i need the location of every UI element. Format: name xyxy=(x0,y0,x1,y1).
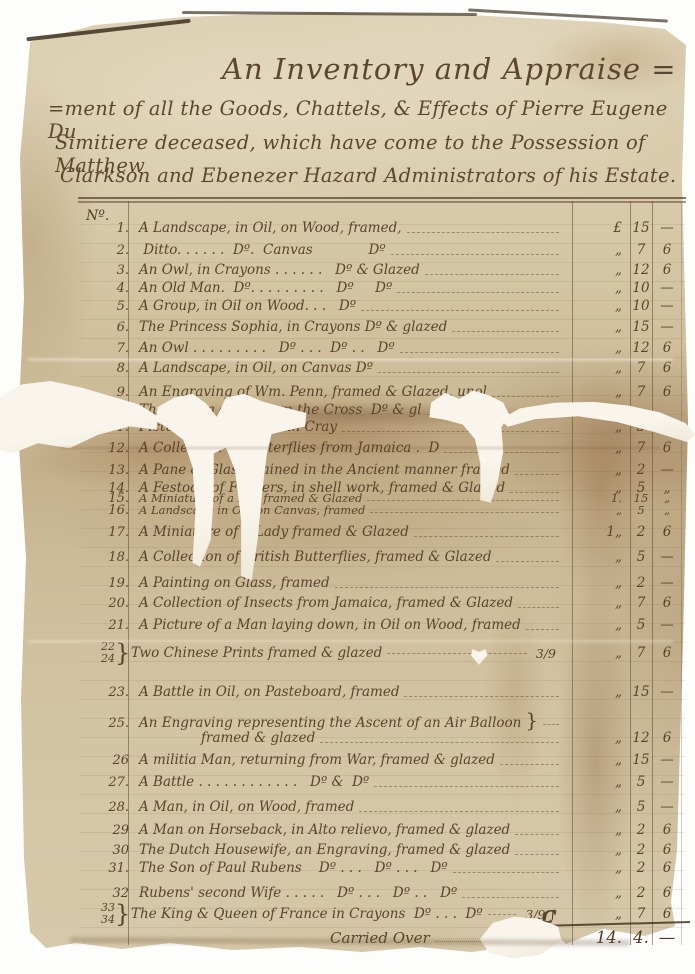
item-description: A Battle in Oil, on Pasteboard, framed xyxy=(139,684,399,701)
dotted-leader xyxy=(492,396,559,397)
item-number: 24 xyxy=(85,653,115,665)
table-row: 31.The Son of Paul Rubens Dº . . . Dº . … xyxy=(85,860,682,877)
pence-cell: — xyxy=(652,799,682,816)
shillings-cell: 7 xyxy=(630,595,652,612)
total-shillings: 4. xyxy=(630,929,652,946)
pounds-cell: „ xyxy=(564,462,630,479)
table-row: 27.A Battle . . . . . . . . . . . . Dº &… xyxy=(85,774,682,791)
item-description: The King & Queen of France in Crayons Dº… xyxy=(131,906,483,923)
item-description: An Old Man. Dº. . . . . . . . . Dº Dº xyxy=(139,280,392,297)
pence-cell: 6 xyxy=(652,842,682,859)
table-top-rule xyxy=(78,197,686,199)
shillings-cell: 2 xyxy=(630,860,652,877)
dotted-leader xyxy=(404,696,559,697)
pounds-cell: „ xyxy=(564,360,630,377)
pounds-cell: „ xyxy=(564,842,630,859)
table-row: 19.A Painting on Glass, framed„2— xyxy=(85,575,682,592)
dotted-leader xyxy=(361,310,559,311)
dotted-leader xyxy=(378,372,559,373)
item-description: framed & glazed xyxy=(201,730,315,747)
item-number: 18. xyxy=(85,549,139,566)
shillings-cell: 12 xyxy=(630,340,652,357)
item-number: 4. xyxy=(85,280,139,297)
item-number: 27. xyxy=(85,774,139,791)
table-row: 13.A Pane of Glass stained in the Ancien… xyxy=(85,462,682,479)
item-description: Ditto. . . . . . Dº. Canvas Dº xyxy=(139,242,386,259)
item-description: Two Chinese Prints framed & glazed xyxy=(131,645,382,662)
item-description: An Owl, in Crayons . . . . . . Dº & Glaz… xyxy=(139,262,420,279)
dotted-leader xyxy=(425,274,559,275)
pounds-cell: „ xyxy=(564,280,630,297)
pence-cell: 6 xyxy=(652,360,682,377)
pounds-cell: „ xyxy=(564,575,630,592)
table-row: 8.A Landscape, in Oil, on Canvas Dº„76 xyxy=(85,360,682,377)
item-description: A Miniature of a Lady framed & Glazed xyxy=(139,524,409,541)
table-row: 25.An Engraving representing the Ascent … xyxy=(85,712,682,729)
pence-cell: — xyxy=(652,684,682,701)
item-number: 28. xyxy=(85,799,139,816)
pence-cell: — xyxy=(652,298,682,315)
shillings-cell: 7 xyxy=(630,242,652,259)
pence-cell: 6 xyxy=(652,595,682,612)
shillings-cell: 12 xyxy=(630,730,652,747)
shillings-cell: 15 xyxy=(630,220,652,237)
pounds-cell: „ xyxy=(564,340,630,357)
pounds-cell: „ xyxy=(564,242,630,259)
item-number: 3. xyxy=(85,262,139,279)
item-number: 16. xyxy=(85,504,139,517)
dotted-leader xyxy=(526,629,559,630)
table-row: 18.A Collection of British Butterflies, … xyxy=(85,549,682,566)
item-description: A Group, in Oil on Wood. . . Dº xyxy=(139,298,356,315)
table-row: 5.A Group, in Oil on Wood. . . Dº„10— xyxy=(85,298,682,315)
shillings-cell: 7 xyxy=(630,384,652,401)
pounds-cell: „ xyxy=(564,617,630,634)
pounds-cell: 1„ xyxy=(564,524,630,541)
shillings-cell: 5 xyxy=(630,774,652,791)
item-description: A Man, in Oil, on Wood, framed xyxy=(139,799,354,816)
item-description: A Man on Horseback, in Alto relievo, fra… xyxy=(139,822,510,839)
pence-cell: 6 xyxy=(652,822,682,839)
wrap-brace: } xyxy=(525,712,538,729)
item-description: An Owl . . . . . . . . . Dº . . . Dº . .… xyxy=(139,340,395,357)
table-row-bracketed: 3334}The King & Queen of France in Crayo… xyxy=(85,899,682,929)
item-description: The Princess Sophia, in Crayons Dº & gla… xyxy=(139,319,447,336)
dotted-leader xyxy=(367,500,559,501)
pounds-cell: „ xyxy=(564,774,630,791)
table-row: 7.An Owl . . . . . . . . . Dº . . . Dº .… xyxy=(85,340,682,357)
dotted-leader xyxy=(397,292,559,293)
pounds-cell: £ xyxy=(564,220,630,237)
dotted-leader xyxy=(515,854,559,855)
total-dash: — xyxy=(652,929,682,946)
table-row: 3.An Owl, in Crayons . . . . . . Dº & Gl… xyxy=(85,262,682,279)
pounds-cell: „ xyxy=(564,684,630,701)
item-number: 30 xyxy=(85,842,139,859)
bracket-brace: } xyxy=(115,902,131,926)
item-number: 20. xyxy=(85,595,139,612)
pence-cell: 6 xyxy=(652,906,682,923)
dotted-leader xyxy=(518,607,559,608)
item-description: A Battle . . . . . . . . . . . . Dº & Dº xyxy=(139,774,369,791)
pounds-cell: „ xyxy=(564,298,630,315)
dotted-leader xyxy=(359,811,559,812)
pounds-cell: „ xyxy=(564,860,630,877)
pence-cell: „ xyxy=(652,504,682,517)
item-description: The Son of Paul Rubens Dº . . . Dº . . .… xyxy=(139,860,448,877)
dotted-leader xyxy=(452,331,559,332)
pounds-cell: „ xyxy=(564,595,630,612)
table-row: 1.A Landscape, in Oil, on Wood, framed,£… xyxy=(85,220,682,237)
item-number: 34 xyxy=(85,914,115,926)
shillings-cell: 12 xyxy=(630,262,652,279)
dotted-leader xyxy=(496,561,559,562)
pence-cell: 6 xyxy=(652,730,682,747)
pounds-cell: „ xyxy=(564,319,630,336)
dotted-leader xyxy=(462,897,559,898)
shillings-cell: 15 xyxy=(630,319,652,336)
dotted-leader xyxy=(342,431,559,432)
table-row: 20.A Collection of Insects from Jamaica,… xyxy=(85,595,682,612)
pounds-cell: „ xyxy=(564,262,630,279)
item-number: 26 xyxy=(85,752,139,769)
table-row: 17.A Miniature of a Lady framed & Glazed… xyxy=(85,524,682,541)
item-number: 6. xyxy=(85,319,139,336)
shillings-cell: 15 xyxy=(630,684,652,701)
dotted-leader xyxy=(387,653,527,654)
item-number: 1. xyxy=(85,220,139,237)
table-top-rule-2 xyxy=(78,201,686,203)
pence-cell: — xyxy=(652,617,682,634)
table-row: 23.A Battle in Oil, on Pasteboard, frame… xyxy=(85,684,682,701)
pounds-cell: „ xyxy=(564,906,630,923)
item-description: A Landscape, in Oil, on Canvas Dº xyxy=(139,360,373,377)
shillings-cell: 2 xyxy=(630,462,652,479)
item-number: 23. xyxy=(85,684,139,701)
shillings-cell: 5 xyxy=(630,504,652,517)
table-row: 2. Ditto. . . . . . Dº. Canvas Dº„76 xyxy=(85,242,682,259)
shillings-cell: 2 xyxy=(630,842,652,859)
pounds-cell: „ xyxy=(564,752,630,769)
shillings-cell: 2 xyxy=(630,524,652,541)
dotted-leader xyxy=(543,724,559,725)
document-scan: An Inventory and Appraise = =ment of all… xyxy=(0,0,695,974)
shillings-cell: 5 xyxy=(630,799,652,816)
dotted-leader xyxy=(391,254,559,255)
item-number: 8. xyxy=(85,360,139,377)
shillings-cell: 7 xyxy=(630,906,652,923)
shillings-cell: 10 xyxy=(630,280,652,297)
dotted-leader xyxy=(335,587,559,588)
item-description: A Collection of British Butterflies, fra… xyxy=(139,549,491,566)
pence-cell: 6 xyxy=(652,645,682,662)
pence-cell: 6 xyxy=(652,242,682,259)
pounds-cell: „ xyxy=(564,384,630,401)
item-description: The Dutch Housewife, an Engraving, frame… xyxy=(139,842,510,859)
item-description: A Collection of Insects from Jamaica, fr… xyxy=(139,595,513,612)
pence-cell: 6 xyxy=(652,524,682,541)
title-line-1: An Inventory and Appraise = xyxy=(222,52,677,86)
item-number: 7. xyxy=(85,340,139,357)
pence-cell: — xyxy=(652,774,682,791)
pence-cell: — xyxy=(652,549,682,566)
pence-cell: — xyxy=(652,319,682,336)
table-row-bracketed: 2224}Two Chinese Prints framed & glazed3… xyxy=(85,638,682,668)
table-row: 26A militia Man, returning from War, fra… xyxy=(85,752,682,769)
table-row: 16.A Landscape in Oil, on Canvas, framed… xyxy=(85,504,682,517)
item-description: A militia Man, returning from War, frame… xyxy=(139,752,495,769)
pence-cell: — xyxy=(652,575,682,592)
item-number: 13. xyxy=(85,462,139,479)
item-number: 2. xyxy=(85,242,139,259)
item-number: 17. xyxy=(85,524,139,541)
item-description: A Landscape, in Oil, on Wood, framed, xyxy=(139,220,402,237)
pounds-cell: „ xyxy=(564,504,630,517)
item-number-pair: 2224 xyxy=(85,641,115,665)
dotted-leader xyxy=(500,764,559,765)
table-row: 6.The Princess Sophia, in Crayons Dº & g… xyxy=(85,319,682,336)
shillings-cell: 2 xyxy=(630,575,652,592)
pence-cell: 6 xyxy=(652,262,682,279)
pence-cell: — xyxy=(652,462,682,479)
pounds-cell: „ xyxy=(564,549,630,566)
pence-cell: — xyxy=(652,752,682,769)
dotted-leader xyxy=(488,914,517,915)
pence-cell: — xyxy=(652,280,682,297)
shillings-cell: 2 xyxy=(630,822,652,839)
dotted-leader xyxy=(407,232,559,233)
pounds-cell: „ xyxy=(564,645,630,662)
shillings-cell: 7 xyxy=(630,360,652,377)
dotted-leader xyxy=(453,872,559,873)
fold-crease-upper xyxy=(28,358,673,361)
item-description: A Painting on Glass, framed xyxy=(139,575,330,592)
bracket-brace: } xyxy=(115,641,131,665)
pence-cell: 6 xyxy=(652,860,682,877)
table-row: 28.A Man, in Oil, on Wood, framed„5— xyxy=(85,799,682,816)
shillings-cell: 7 xyxy=(630,645,652,662)
fold-crease-lower xyxy=(28,640,673,643)
tear-shadow-line xyxy=(60,447,660,449)
pounds-cell: „ xyxy=(564,730,630,747)
price-note: 3/9 xyxy=(536,645,556,662)
shillings-cell: 5 xyxy=(630,549,652,566)
pence-cell: 6 xyxy=(652,384,682,401)
pence-cell: 6 xyxy=(652,340,682,357)
pounds-cell: „ xyxy=(564,799,630,816)
dotted-leader xyxy=(370,512,559,513)
dotted-leader xyxy=(400,352,559,353)
shillings-cell: 10 xyxy=(630,298,652,315)
item-description: A Picture of a Man laying down, in Oil o… xyxy=(139,617,521,634)
table-row: 30The Dutch Housewife, an Engraving, fra… xyxy=(85,842,682,859)
pounds-cell: „ xyxy=(564,822,630,839)
pence-cell: — xyxy=(652,220,682,237)
table-row: 4.An Old Man. Dº. . . . . . . . . Dº Dº„… xyxy=(85,280,682,297)
title-line-4: Clarkson and Ebenezer Hazard Administrat… xyxy=(60,164,676,187)
shillings-cell: 15 xyxy=(630,752,652,769)
dotted-leader xyxy=(515,834,559,835)
item-number-pair: 3334 xyxy=(85,902,115,926)
dotted-leader xyxy=(320,742,559,743)
shillings-cell: 5 xyxy=(630,617,652,634)
item-number: 21. xyxy=(85,617,139,634)
item-number: 19. xyxy=(85,575,139,592)
table-row: 29A Man on Horseback, in Alto relievo, f… xyxy=(85,822,682,839)
table-row-continuation: framed & glazed„126 xyxy=(85,730,682,747)
item-number: 31. xyxy=(85,860,139,877)
dotted-leader xyxy=(374,786,559,787)
table-row: 21.A Picture of a Man laying down, in Oi… xyxy=(85,617,682,634)
dotted-leader xyxy=(515,474,559,475)
item-number: 5. xyxy=(85,298,139,315)
item-number: 29 xyxy=(85,822,139,839)
dotted-leader xyxy=(414,536,559,537)
